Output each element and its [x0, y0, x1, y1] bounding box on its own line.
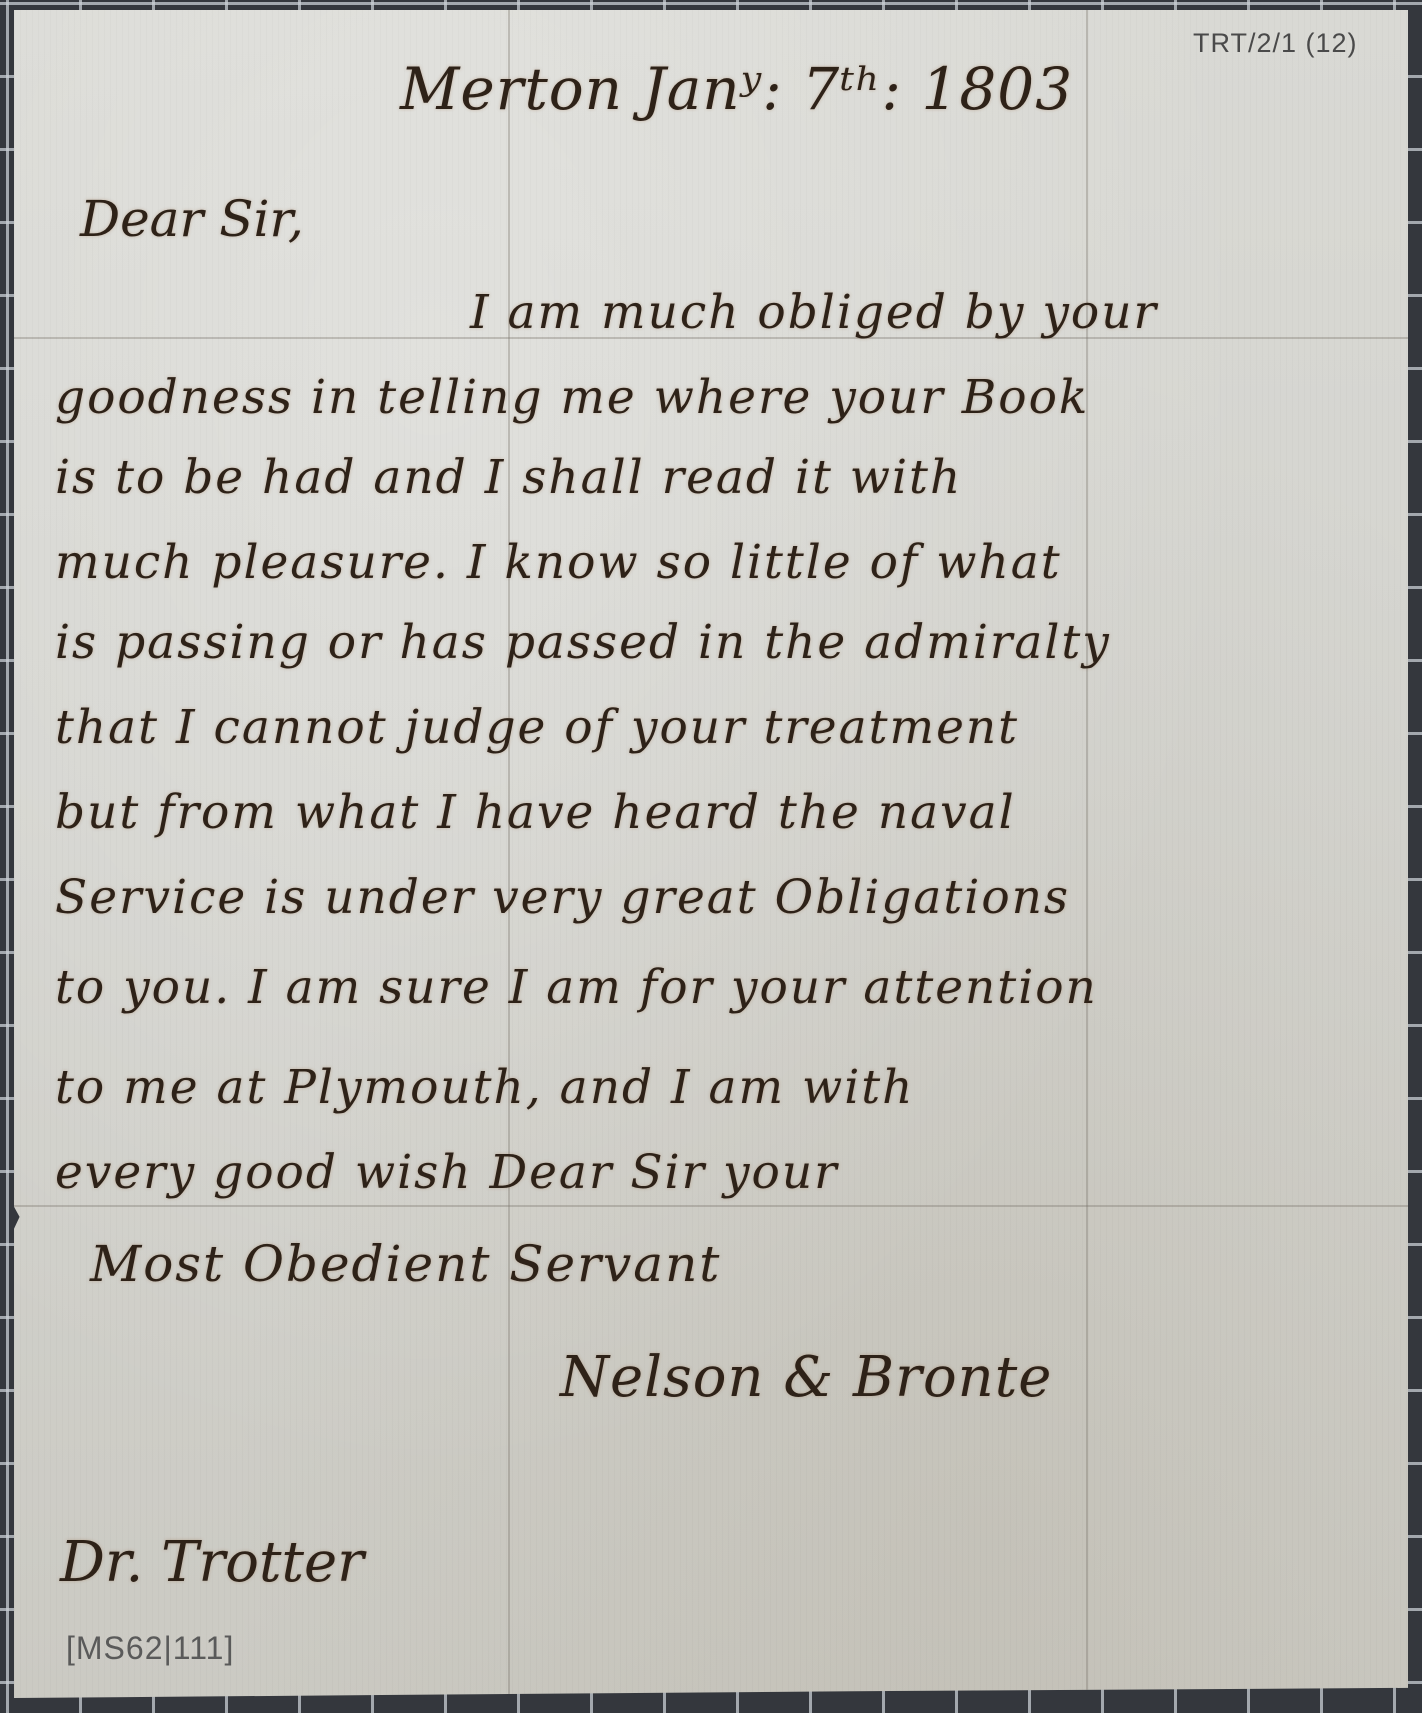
addressee: Dr. Trotter — [60, 1530, 364, 1595]
body-line: is to be had and I shall read it with — [55, 450, 962, 505]
body-line: Service is under very great Obligations — [55, 870, 1070, 925]
body-line: goodness in telling me where your Book — [55, 370, 1089, 425]
dateline: Merton Janʸ: 7ᵗʰ: 1803 — [400, 55, 1073, 123]
body-line: that I cannot judge of your treatment — [55, 700, 1019, 755]
body-line: but from what I have heard the naval — [55, 785, 1016, 840]
body-line: every good wish Dear Sir your — [55, 1145, 839, 1200]
vertical-fold-right — [1086, 10, 1088, 1698]
vertical-fold-left — [508, 10, 510, 1698]
body-line: much pleasure. I know so little of what — [55, 535, 1062, 590]
body-line: is passing or has passed in the admiralt… — [55, 615, 1111, 670]
signature: Nelson & Bronte — [560, 1345, 1052, 1410]
letter-paper — [14, 10, 1408, 1698]
manuscript-reference: [MS62|111] — [66, 1630, 234, 1667]
body-line: I am much obliged by your — [470, 285, 1158, 340]
horizontal-fold-lower — [14, 1205, 1408, 1207]
body-line: to you. I am sure I am for your attentio… — [55, 960, 1098, 1015]
archive-reference: TRT/2/1 (12) — [1193, 28, 1358, 59]
body-line: to me at Plymouth, and I am with — [55, 1060, 914, 1115]
closing: Most Obedient Servant — [90, 1235, 721, 1293]
salutation: Dear Sir, — [80, 190, 304, 248]
